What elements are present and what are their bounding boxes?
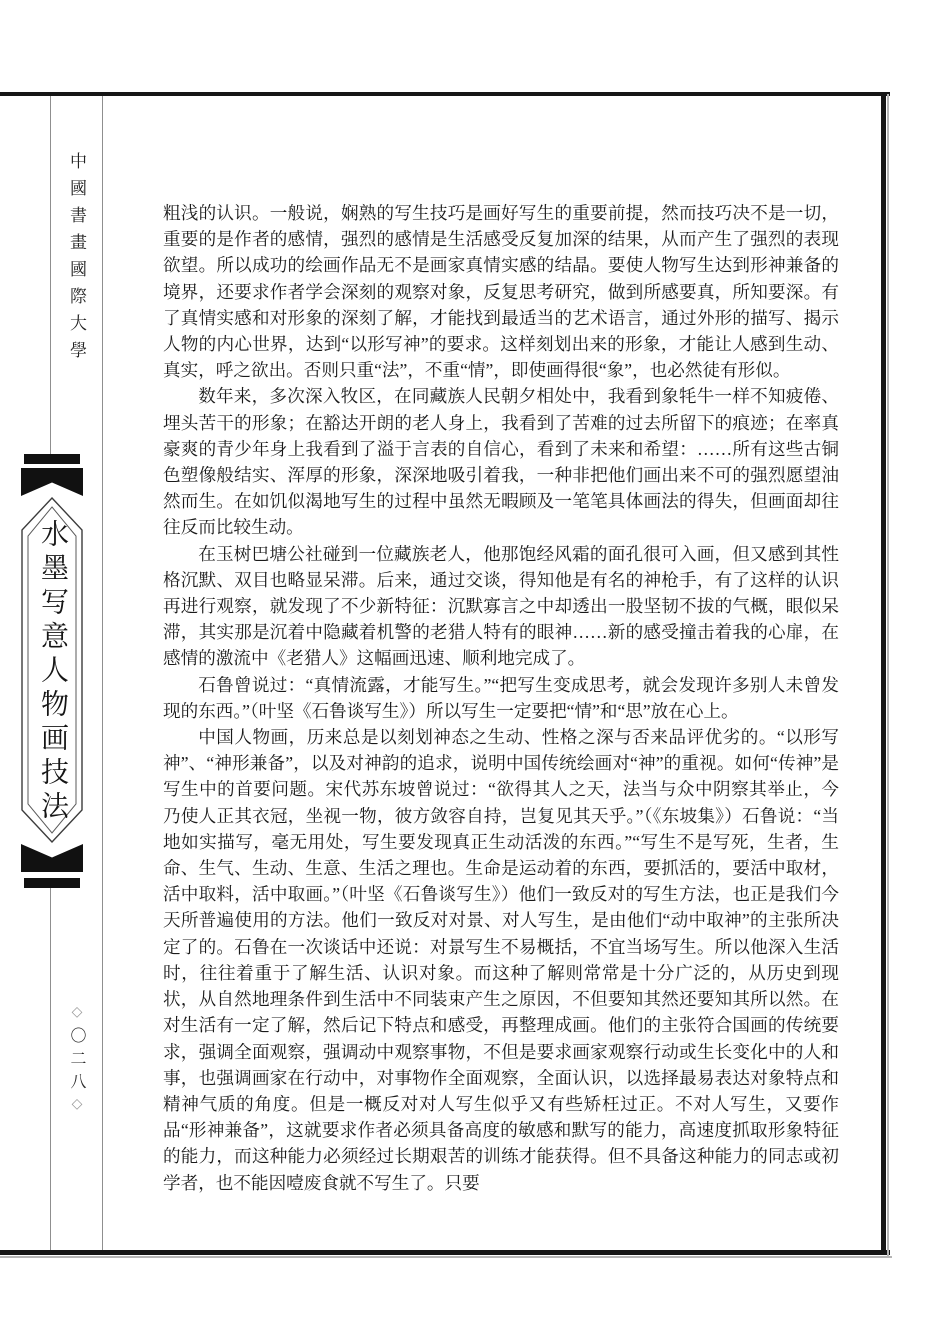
banner-top-bar bbox=[24, 454, 80, 464]
sidebar-right-rule bbox=[102, 96, 103, 1250]
diamond-icon: ◇ bbox=[69, 1004, 84, 1027]
series-title: 水墨写意人物画技法 bbox=[21, 519, 83, 825]
paragraph: 数年来，多次深入牧区，在同藏族人民朝夕相处中，我看到象牦牛一样不知疲倦、埋头苦干… bbox=[163, 383, 839, 540]
book-page: 中國書畫國際大學 水墨写意人物画技法 ◇〇二八◇ 粗浅的认识。一般说，娴熟的写生… bbox=[0, 0, 950, 1344]
banner-hexagon: 水墨写意人物画技法 bbox=[21, 497, 83, 843]
page-number-value: 〇二八 bbox=[68, 1027, 85, 1096]
frame-bottom-rule bbox=[0, 1250, 890, 1255]
series-banner: 水墨写意人物画技法 bbox=[21, 454, 83, 888]
paragraph: 粗浅的认识。一般说，娴熟的写生技巧是画好写生的重要前提，然而技巧决不是一切，重要… bbox=[163, 200, 839, 383]
banner-bottom-bar bbox=[24, 878, 80, 888]
institution-title: 中國書畫國際大學 bbox=[63, 152, 89, 368]
banner-top-ribbon-icon bbox=[21, 468, 83, 496]
banner-bottom-ribbon-icon bbox=[21, 844, 83, 872]
page-number: ◇〇二八◇ bbox=[62, 1004, 90, 1119]
frame-right-shadow bbox=[887, 94, 889, 1257]
paragraph: 中国人物画，历来总是以刻划神态之生动、性格之深与否来品评优劣的。“以形写神”、“… bbox=[163, 724, 839, 1196]
paragraph: 石鲁曾说过：“真情流露，才能写生。”“把写生变成思考，就会发现许多别人未曾发现的… bbox=[163, 672, 839, 724]
frame-bottom-shadow bbox=[0, 1256, 892, 1258]
diamond-icon: ◇ bbox=[69, 1096, 84, 1119]
frame-right-rule bbox=[881, 92, 886, 1255]
paragraph: 在玉树巴塘公社碰到一位藏族老人，他那饱经风霜的面孔很可入画，但又感到其性格沉默、… bbox=[163, 541, 839, 672]
body-text: 粗浅的认识。一般说，娴熟的写生技巧是画好写生的重要前提，然而技巧决不是一切，重要… bbox=[163, 200, 839, 1196]
frame-top-rule bbox=[0, 92, 890, 96]
